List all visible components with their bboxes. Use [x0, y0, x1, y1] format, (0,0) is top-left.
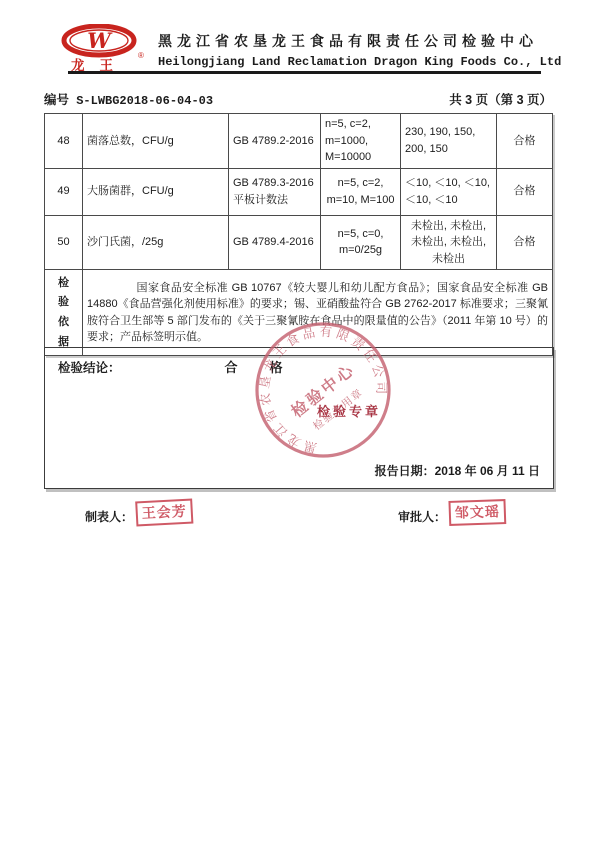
- preparer-name-stamp: 王会芳: [135, 499, 193, 527]
- letterhead: 黑龙江省农垦龙王食品有限责任公司检验中心 Heilongjiang Land R…: [158, 31, 558, 69]
- conclusion-value: 合 格: [225, 360, 285, 375]
- test-requirement: n=5, c=2, m=10, M=100: [321, 168, 401, 215]
- company-name-cn: 黑龙江省农垦龙王食品有限责任公司检验中心: [158, 31, 558, 51]
- test-item: 沙门氏菌，/25g: [83, 215, 229, 270]
- row-no: 48: [45, 114, 83, 169]
- conclusion-row: 检验结论：合 格: [58, 357, 285, 376]
- table-row: 50 沙门氏菌，/25g GB 4789.4-2016 n=5, c=0, m=…: [45, 215, 553, 270]
- header-divider: [68, 71, 541, 74]
- inspection-basis-label: 检 验 依 据: [45, 270, 83, 356]
- report-date-value: 2018 年 06 月 11 日: [435, 464, 540, 478]
- document-number-prefix: 编号: [44, 93, 69, 107]
- test-method: GB 4789.4-2016: [229, 215, 321, 270]
- basis-char: 依: [58, 314, 69, 331]
- test-results-table: 48 菌落总数，CFU/g GB 4789.2-2016 n=5, c=2, m…: [44, 113, 553, 356]
- judgement: 合格: [497, 168, 553, 215]
- document-number: 编号 S-LWBG2018-06-04-03: [44, 90, 213, 108]
- conclusion-box: 检验结论：合 格 报告日期：2018 年 06 月 11 日: [44, 347, 554, 489]
- preparer-signature: 制表人：王会芳: [85, 504, 193, 529]
- test-requirement: n=5, c=2, m=1000, M=10000: [321, 114, 401, 169]
- page-info: 共 3 页（第 3 页）: [449, 90, 552, 108]
- approver-name-stamp: 邹文瑶: [448, 499, 506, 526]
- preparer-label: 制表人：: [85, 510, 133, 524]
- conclusion-label: 检验结论：: [58, 361, 121, 375]
- dragon-king-logo-icon: W 龙王 ®: [58, 24, 150, 76]
- report-page: W 龙王 ® 黑龙江省农垦龙王食品有限责任公司检验中心 Heilongjiang…: [0, 0, 596, 842]
- report-date: 报告日期：2018 年 06 月 11 日: [375, 462, 540, 479]
- basis-char: 验: [58, 294, 69, 311]
- test-requirement: n=5, c=0, m=0/25g: [321, 215, 401, 270]
- row-no: 49: [45, 168, 83, 215]
- inspection-basis-text: 国家食品安全标准 GB 10767《较大婴儿和幼儿配方食品》；国家食品安全标准 …: [87, 280, 548, 346]
- inspection-basis-row: 检 验 依 据 国家食品安全标准 GB 10767《较大婴儿和幼儿配方食品》；国…: [45, 270, 553, 356]
- document-number-value: S-LWBG2018-06-04-03: [76, 94, 213, 108]
- company-logo: W 龙王 ®: [58, 24, 150, 76]
- approver-label: 审批人：: [398, 510, 446, 524]
- registered-mark-icon: ®: [138, 51, 144, 60]
- row-no: 50: [45, 215, 83, 270]
- seal-overlay-text: 检验专章: [317, 401, 381, 420]
- document-meta: 编号 S-LWBG2018-06-04-03 共 3 页（第 3 页）: [44, 90, 552, 108]
- approver-signature: 审批人：邹文瑶: [398, 504, 506, 529]
- company-name-en: Heilongjiang Land Reclamation Dragon Kin…: [158, 55, 558, 69]
- basis-char: 检: [58, 275, 69, 292]
- inspection-basis-cell: 国家食品安全标准 GB 10767《较大婴儿和幼儿配方食品》；国家食品安全标准 …: [83, 270, 553, 356]
- test-result: 未检出, 未检出, 未检出, 未检出, 未检出: [401, 215, 497, 270]
- table-row: 48 菌落总数，CFU/g GB 4789.2-2016 n=5, c=2, m…: [45, 114, 553, 169]
- test-item: 菌落总数，CFU/g: [83, 114, 229, 169]
- test-method: GB 4789.2-2016: [229, 114, 321, 169]
- judgement: 合格: [497, 114, 553, 169]
- inspection-basis-label-chars: 检 验 依 据: [49, 275, 78, 351]
- test-result: 230, 190, 150, 200, 150: [401, 114, 497, 169]
- report-date-label: 报告日期：: [375, 464, 435, 478]
- test-item: 大肠菌群，CFU/g: [83, 168, 229, 215]
- test-method: GB 4789.3-2016平板计数法: [229, 168, 321, 215]
- judgement: 合格: [497, 215, 553, 270]
- table-row: 49 大肠菌群，CFU/g GB 4789.3-2016平板计数法 n=5, c…: [45, 168, 553, 215]
- test-result: ＜10, ＜10, ＜10, ＜10, ＜10: [401, 168, 497, 215]
- logo-w-mark: W: [87, 28, 113, 53]
